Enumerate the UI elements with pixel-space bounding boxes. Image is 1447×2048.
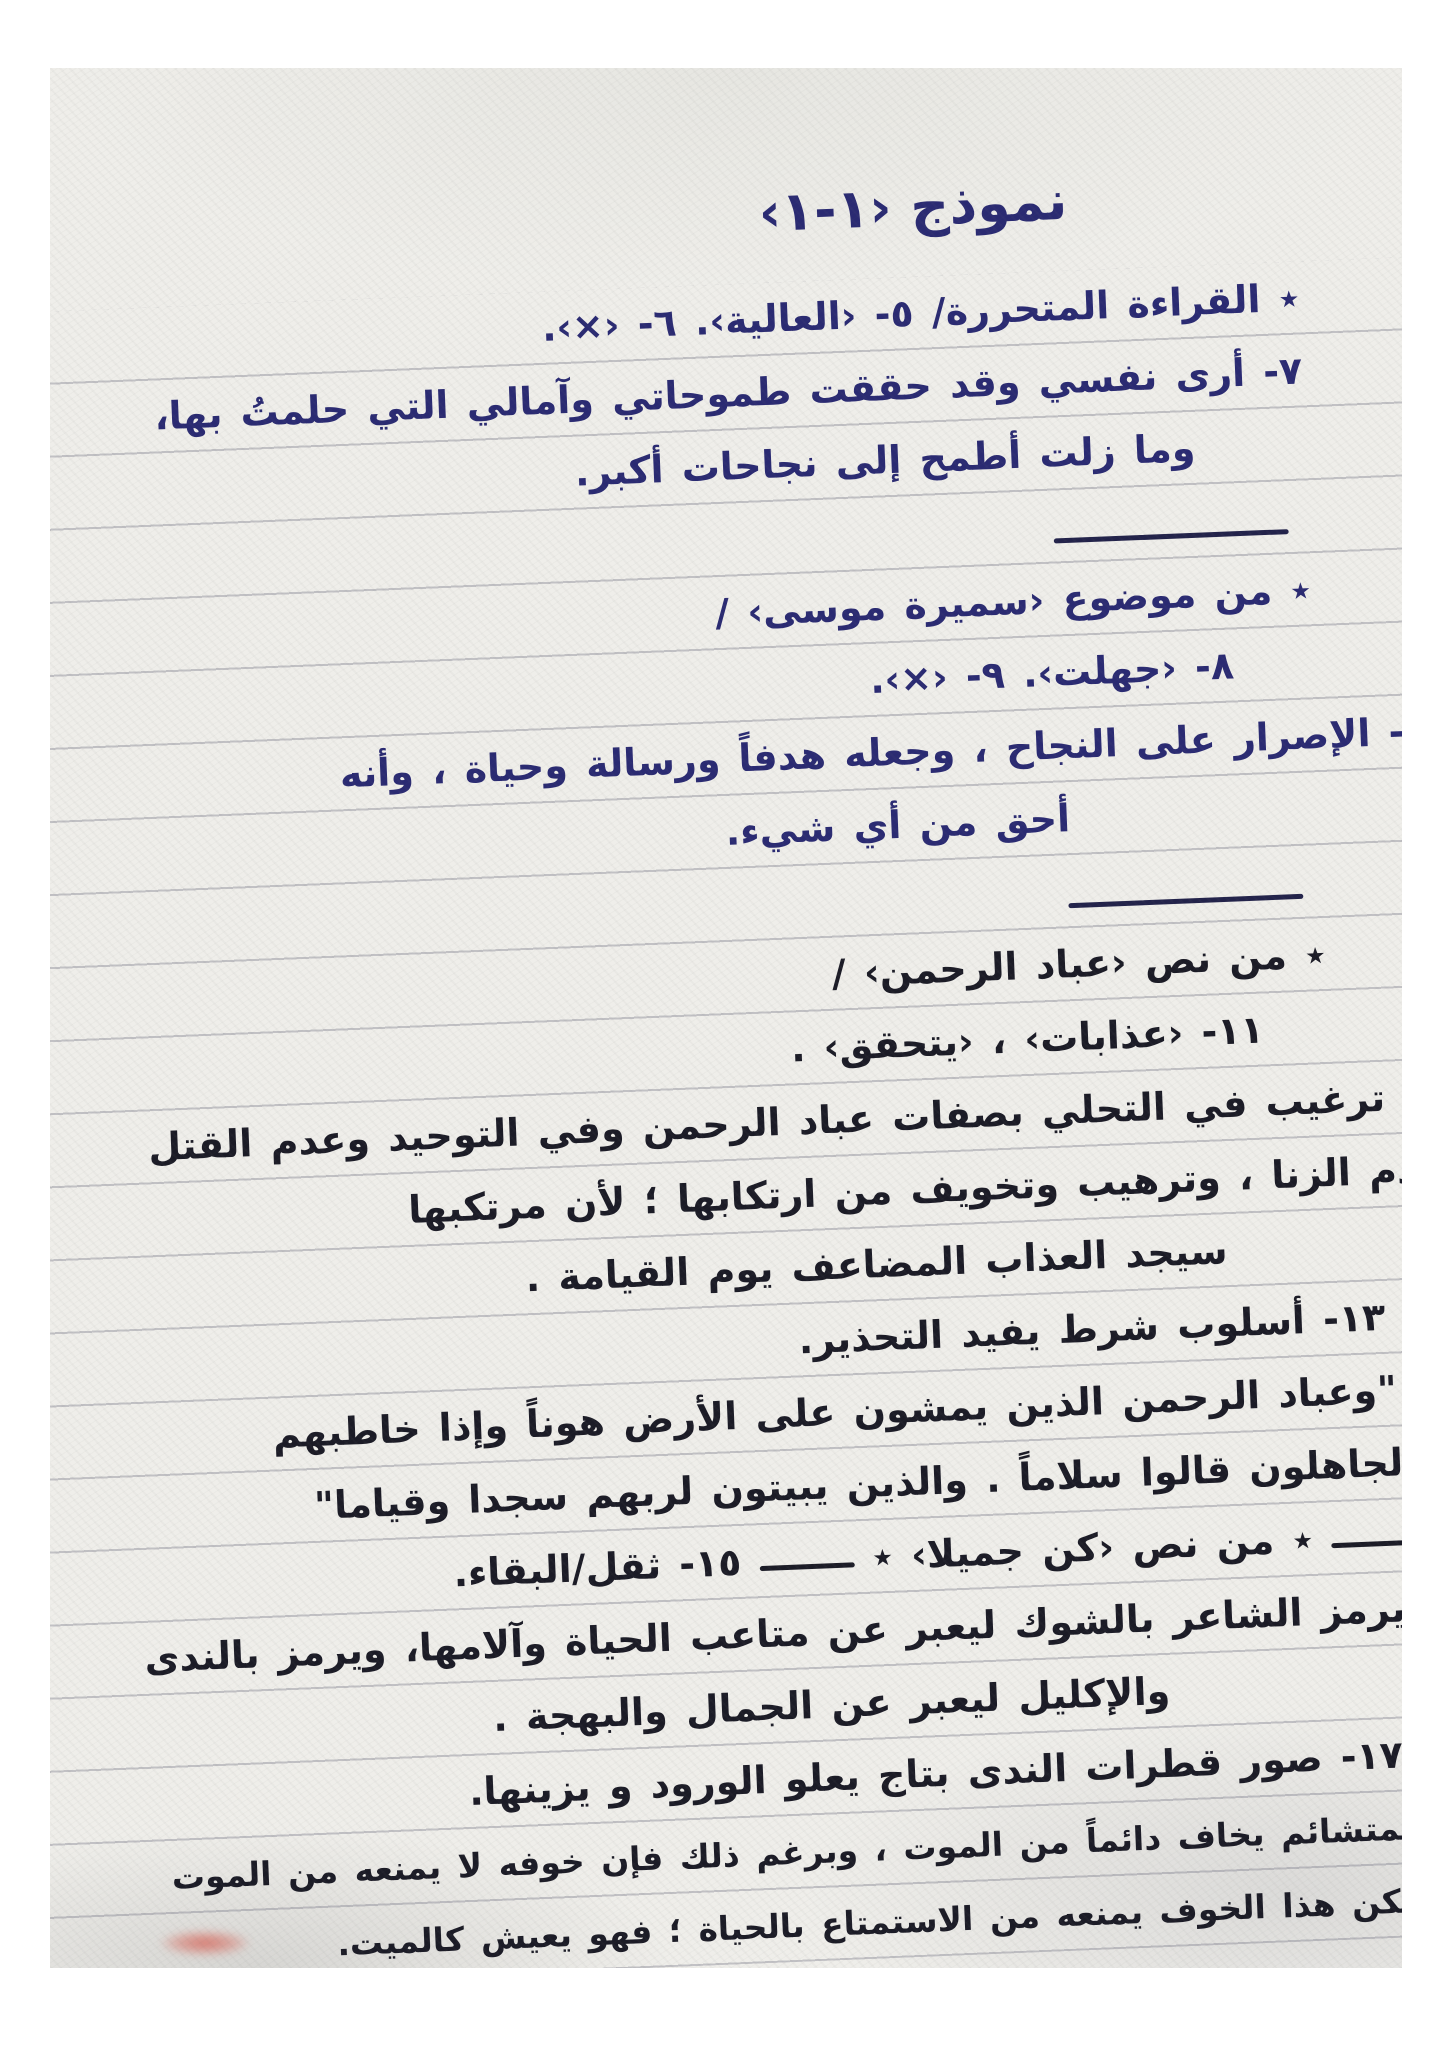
divider-stroke [1331, 1537, 1402, 1548]
notebook-page: نموذج ‹١-١› ٭ القراءة المتحررة/ ٥- ‹العا… [50, 68, 1402, 1968]
ruled-lines-area: ٭ القراءة المتحررة/ ٥- ‹العالية›. ٦- ‹×›… [50, 256, 1402, 1968]
scan-smudge [160, 1930, 250, 1956]
divider-stroke [1068, 894, 1303, 908]
divider-stroke [759, 1562, 854, 1571]
divider-stroke [1054, 529, 1289, 543]
handwritten-content: نموذج ‹١-١› ٭ القراءة المتحررة/ ٥- ‹العا… [50, 114, 1402, 1968]
answer-line-15: ١٥- ثقل/البقاء. [452, 1526, 743, 1611]
